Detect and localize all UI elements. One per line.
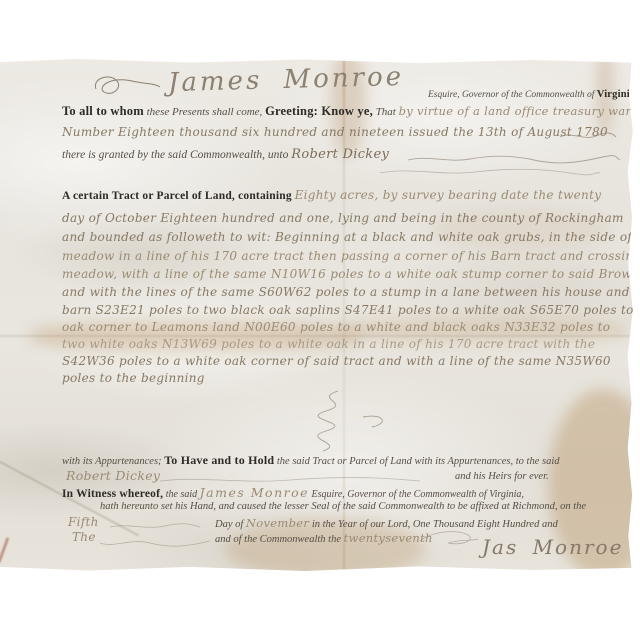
commonwealth-year-line: and of the Commonwealth the twentysevent… (215, 531, 433, 545)
body-lead-line: A certain Tract or Parcel of Land, conta… (62, 188, 601, 202)
state-name-blackletter: Virginia, (597, 89, 638, 100)
photo-background: James Monroe Esquire, Governor of the Co… (0, 0, 640, 640)
day-blank-hand: Fifth (68, 515, 99, 530)
warrant-line-flourish (560, 131, 616, 141)
witness-line: In Witness whereof, the said James Monro… (62, 485, 524, 500)
the-dash-flourish (100, 537, 210, 549)
hand-seal-line: hath hereunto set his Hand, and caused t… (100, 501, 586, 512)
opening-flourish-icon (92, 73, 162, 99)
salutation-line: To all to whom these Presents shall come… (62, 104, 640, 119)
tract-lead-blackletter: A certain Tract or Parcel of Land, conta… (62, 190, 292, 202)
body-line: poles to the beginning (62, 371, 205, 385)
granted-printed: there is granted by the said Commonwealt… (62, 149, 288, 161)
separator-swash-flourish (380, 167, 600, 177)
warrant-phrase-hand: by virtue of a land office treasury warr… (399, 104, 640, 118)
in-witness-blackletter: In Witness whereof, (62, 488, 163, 500)
monroe-name-hand: James Monroe (200, 485, 309, 500)
warrant-number-line: Number Eighteen thousand six hundred and… (62, 125, 608, 140)
the-blank-hand: The (72, 530, 96, 545)
to-have-and-hold-blackletter: To Have and to Hold (164, 453, 274, 467)
monroe-signature: Jas Monroe (482, 535, 623, 559)
month-hand: November (246, 516, 309, 530)
ink-squiggle-flourish (268, 389, 398, 453)
that-word: That (376, 106, 396, 118)
presents-script: these Presents shall come, (147, 106, 263, 118)
heirs-clause: and his Heirs for ever. (455, 471, 549, 482)
governor-title: Esquire, Governor of the Commonwealth of… (428, 89, 638, 100)
day-month-year-line: Day of November in the Year of our Lord,… (215, 516, 558, 530)
parchment-document: James Monroe Esquire, Governor of the Co… (0, 59, 634, 572)
body-line: and with the lines of the same S60W62 po… (62, 285, 640, 299)
body-line: meadow in a line of his 170 acre tract t… (62, 249, 640, 263)
body-line: day of October Eighteen hundred and one,… (62, 211, 624, 225)
body-line: barn S23E21 poles to two black oak sapli… (62, 303, 640, 317)
body-line: oak corner to Leamons land N00E60 poles … (62, 320, 610, 334)
grantee-dash-flourish (160, 475, 420, 485)
governor-title-text: Esquire, Governor of the Commonwealth of (428, 90, 594, 100)
governor-name-script: James Monroe (168, 62, 405, 98)
grant-line: there is granted by the said Commonwealt… (62, 147, 389, 162)
greeting-blackletter: Greeting: Know ye, (265, 104, 373, 118)
to-all-blackletter: To all to whom (62, 104, 144, 118)
day-dash-flourish (110, 522, 200, 531)
document-text: James Monroe Esquire, Governor of the Co… (0, 59, 634, 572)
grant-line-dash-flourish (408, 153, 620, 165)
body-line: and bounded as followeth to wit: Beginni… (62, 230, 640, 244)
year-loop-flourish (418, 529, 478, 547)
habendum-grantee: Robert Dickey (66, 468, 160, 484)
habendum-line: with its Appurtenances; To Have and to H… (62, 453, 560, 468)
grantee-name-hand: Robert Dickey (291, 147, 389, 162)
body-line: two white oaks N13W69 poles to a white o… (62, 337, 595, 351)
body-line: meadow, with a line of the same N10W16 p… (62, 267, 640, 281)
body-line: S42W36 poles to a white oak corner of sa… (62, 354, 611, 368)
